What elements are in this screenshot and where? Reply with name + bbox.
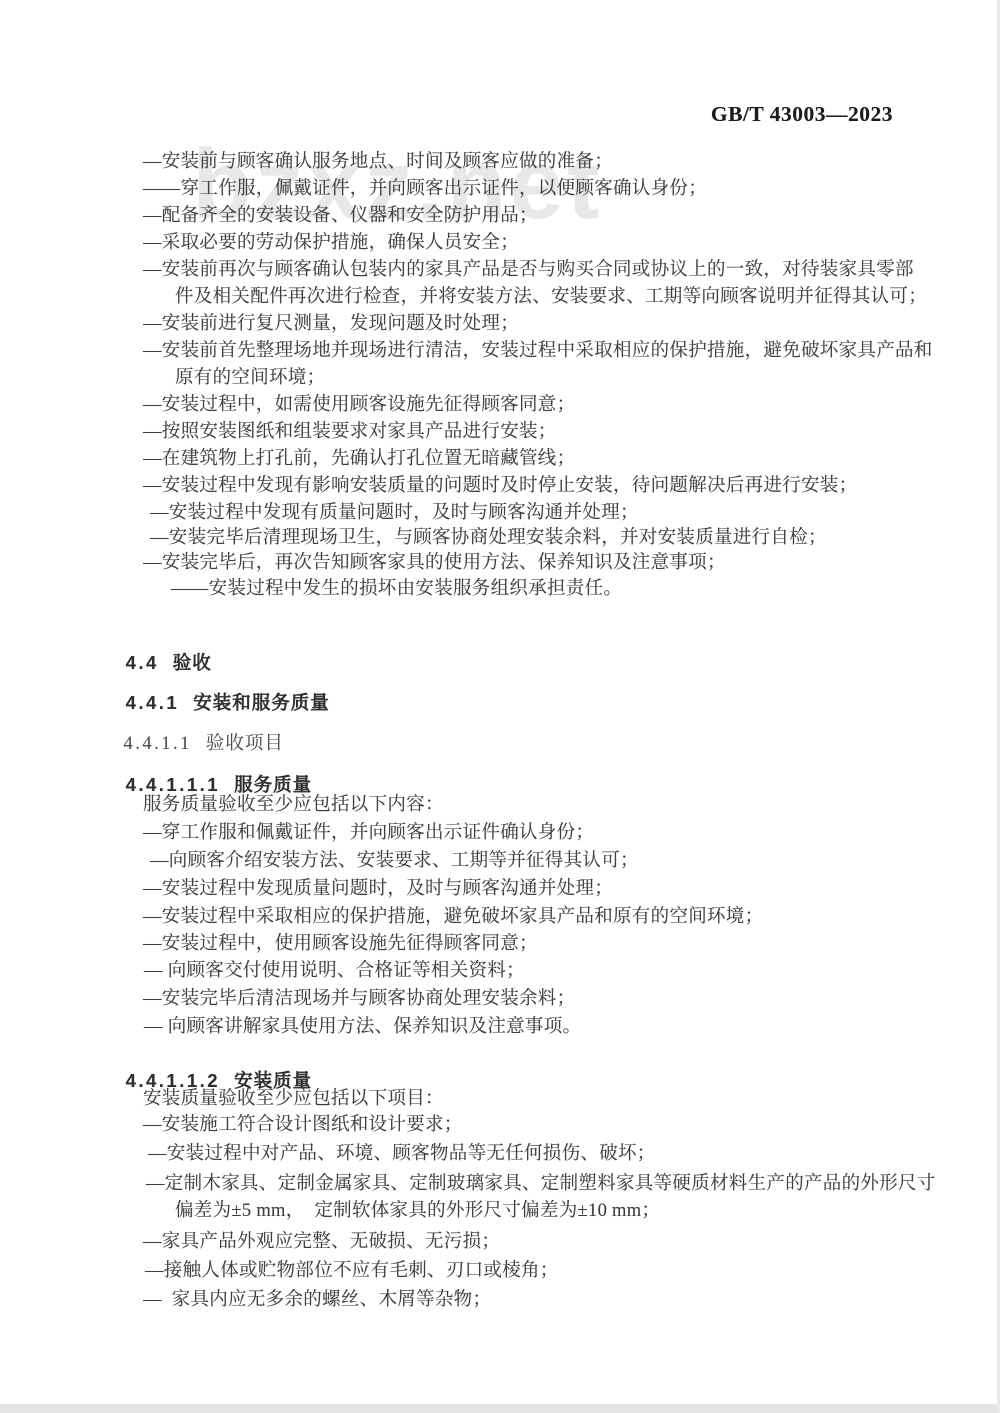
requirement-line: —安装前首先整理场地并现场进行清洁，安装过程中采取相应的保护措施，避免破坏家具产… — [143, 339, 933, 363]
service-quality-item: — 向顾客交付使用说明、合格证等相关资料； — [144, 959, 525, 983]
install-quality-item-wrap: 偏差为±5 mm， 定制软体家具的外形尺寸偏差为±10 mm； — [175, 1199, 660, 1223]
requirement-line: —安装前进行复尺测量，发现问题及时处理； — [143, 312, 519, 336]
document-page: bzxz.net GB/T 43003—2023 —安装前与顾客确认服务地点、时… — [0, 0, 1000, 1413]
requirement-line: —在建筑物上打孔前，先确认打孔位置无暗藏管线； — [143, 447, 575, 471]
requirement-line: —采取必要的劳动保护措施，确保人员安全； — [143, 231, 519, 255]
section-number: 4.4.1.1.1 — [126, 774, 221, 795]
install-quality-item: —安装过程中对产品、环境、顾客物品等无任何损伤、破坏； — [148, 1142, 656, 1166]
install-quality-item: —定制木家具、定制金属家具、定制玻璃家具、定制塑料家具等硬质材料生产的产品的外形… — [146, 1172, 936, 1196]
service-quality-item: —穿工作服和佩戴证件，并向顾客出示证件确认身份； — [143, 821, 594, 845]
requirement-line: —安装完毕后清理现场卫生，与顾客协商处理安装余料，并对安装质量进行自检； — [150, 526, 827, 550]
requirement-line-wrap: 件及相关配件再次进行检查，并将安装方法、安装要求、工期等向顾客说明并征得其认可； — [175, 285, 927, 309]
service-quality-item: —安装过程中，使用顾客设施先征得顾客同意； — [143, 932, 538, 956]
requirement-line: —安装前与顾客确认服务地点、时间及顾客应做的准备； — [143, 150, 613, 174]
requirement-line: —配备齐全的安装设备、仪器和安全防护用品； — [143, 204, 538, 228]
requirement-line: ——穿工作服，佩戴证件，并向顾客出示证件，以便顾客确认身份； — [143, 177, 707, 201]
requirement-line: —按照安装图纸和组装要求对家具产品进行安装； — [143, 420, 557, 444]
install-quality-item: —家具产品外观应完整、无破损、无污损； — [143, 1230, 500, 1254]
service-quality-lead: 服务质量验收至少应包括以下内容： — [143, 793, 444, 817]
page-bottom-edge — [0, 1404, 997, 1413]
service-quality-item: —安装完毕后清洁现场并与顾客协商处理安装余料； — [143, 987, 575, 1011]
service-quality-item: —安装过程中采取相应的保护措施，避免破坏家具产品和原有的空间环境； — [143, 905, 763, 929]
install-quality-item: —安装施工符合设计图纸和设计要求； — [143, 1113, 463, 1137]
standard-code: GB/T 43003—2023 — [711, 102, 893, 127]
service-quality-item: — 向顾客讲解家具使用方法、保养知识及注意事项。 — [144, 1015, 581, 1039]
install-quality-item: —接触人体或贮物部位不应有毛刺、刃口或棱角； — [145, 1259, 559, 1283]
requirement-line: —安装过程中发现有影响安装质量的问题时及时停止安装，待问题解决后再进行安装； — [143, 474, 857, 498]
requirement-line: —安装完毕后，再次告知顾客家具的使用方法、保养知识及注意事项； — [143, 551, 726, 575]
install-quality-item: — 家具内应无多余的螺丝、木屑等杂物； — [143, 1288, 491, 1312]
requirement-line-wrap: 原有的空间环境； — [175, 366, 325, 390]
install-quality-lead: 安装质量验收至少应包括以下项目： — [143, 1087, 444, 1111]
requirement-line: —安装过程中发现有质量问题时，及时与顾客沟通并处理； — [150, 501, 639, 525]
requirement-line: —安装前再次与顾客确认包装内的家具产品是否与购买合同或协议上的一致，对待装家具零… — [143, 258, 914, 282]
service-quality-item: —安装过程中发现质量问题时，及时与顾客沟通并处理； — [143, 877, 613, 901]
requirement-line: ——安装过程中发生的损坏由安装服务组织承担责任。 — [171, 577, 622, 601]
requirement-line: —安装过程中，如需使用顾客设施先征得顾客同意； — [143, 393, 575, 417]
service-quality-item: —向顾客介绍安装方法、安装要求、工期等并征得其认可； — [150, 849, 639, 873]
section-title: 服务质量 — [234, 774, 312, 795]
